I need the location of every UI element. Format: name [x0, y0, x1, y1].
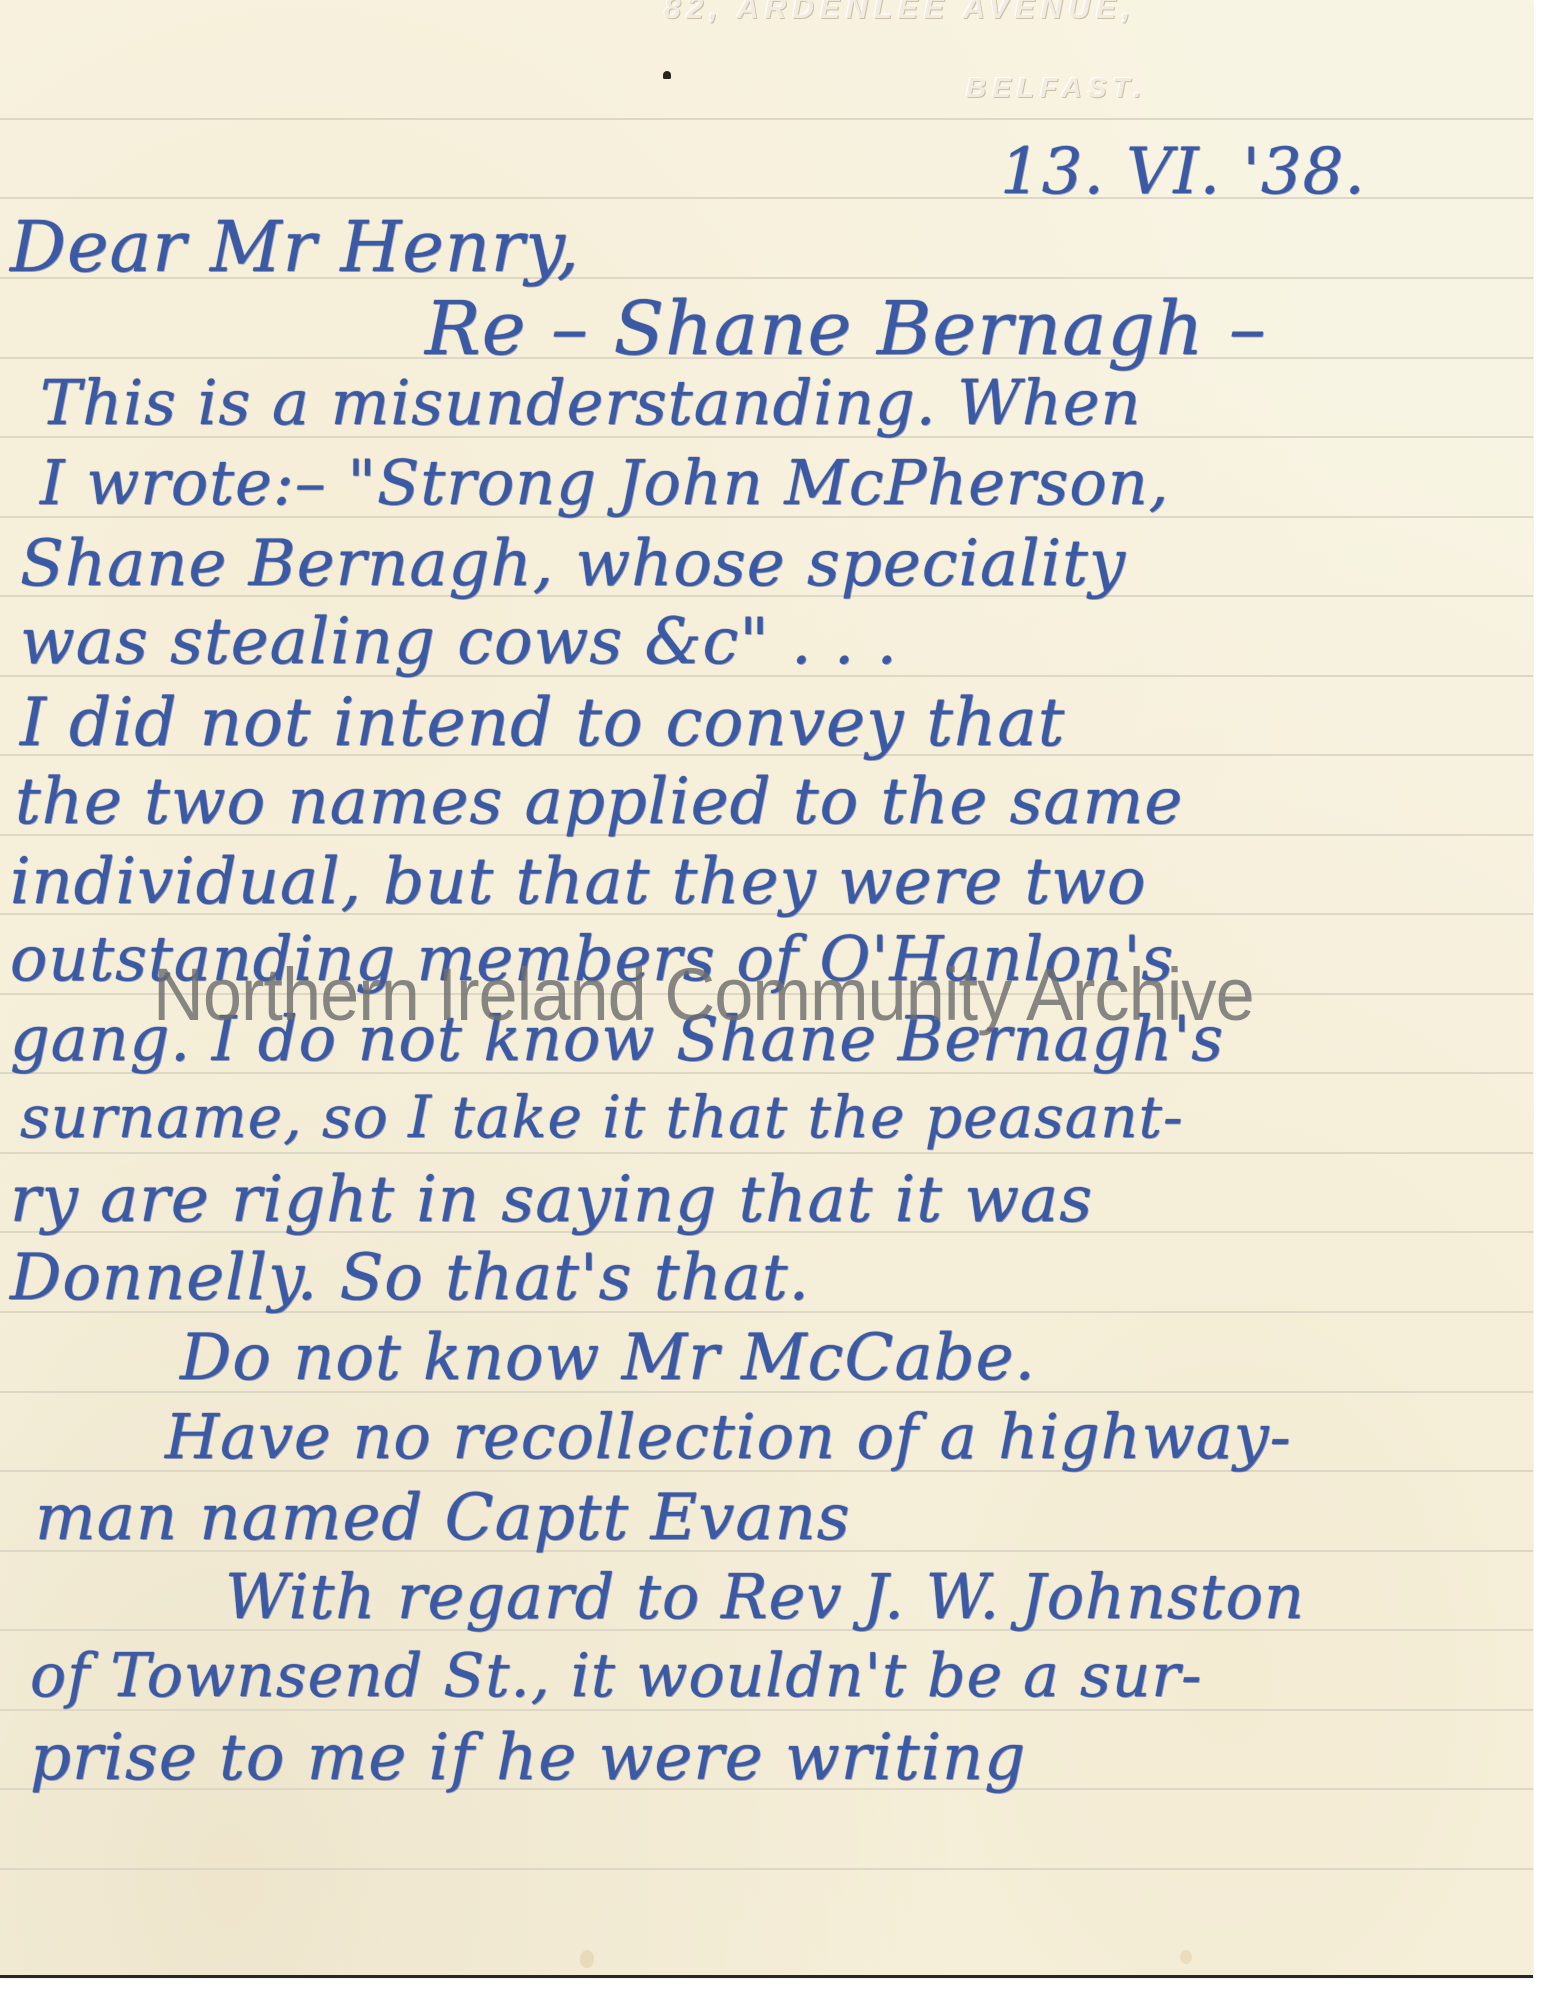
body-line: ry are right in saying that it was [10, 1168, 1093, 1232]
body-line: Have no recollection of a highway- [165, 1406, 1292, 1468]
salutation: Dear Mr Henry, [10, 212, 580, 282]
letter-date: 13. VI. '38. [1000, 140, 1366, 204]
letterhead-city: BELFAST. [966, 72, 1147, 104]
rule-line [0, 1152, 1533, 1154]
body-line: the two names applied to the same [15, 770, 1183, 834]
letter-paper: 82, ARDENLEE AVENUE, BELFAST. 13. VI. '3… [0, 0, 1533, 1978]
body-line: I did not intend to convey that [20, 690, 1065, 756]
body-line: was stealing cows &c" . . . [20, 610, 898, 674]
rule-line [0, 118, 1533, 120]
body-line: surname, so I take it that the peasant- [20, 1088, 1184, 1146]
body-line: of Townsend St., it wouldn't be a sur- [30, 1646, 1202, 1706]
archive-watermark: Northern Ireland Community Archive [153, 952, 1254, 1037]
rule-line [0, 1868, 1533, 1870]
body-line: prise to me if he were writing [30, 1726, 1026, 1790]
body-line: Do not know Mr McCabe. [180, 1326, 1036, 1390]
body-line: With regard to Rev J. W. Johnston [225, 1566, 1305, 1628]
subject-line: Re – Shane Bernagh – [425, 292, 1267, 366]
body-line: This is a misunderstanding. When [40, 372, 1141, 434]
body-line: Shane Bernagh, whose speciality [20, 532, 1126, 596]
body-line: I wrote:– "Strong John McPherson, [40, 452, 1169, 514]
body-line: man named Captt Evans [35, 1486, 851, 1550]
paper-stain [580, 1950, 594, 1968]
body-line: Donnelly. So that's that. [10, 1246, 810, 1310]
paper-stain [1180, 1950, 1192, 1964]
body-line: individual, but that they were two [10, 850, 1146, 914]
punch-mark [663, 71, 671, 79]
letterhead-address: 82, ARDENLEE AVENUE, [664, 0, 1136, 26]
